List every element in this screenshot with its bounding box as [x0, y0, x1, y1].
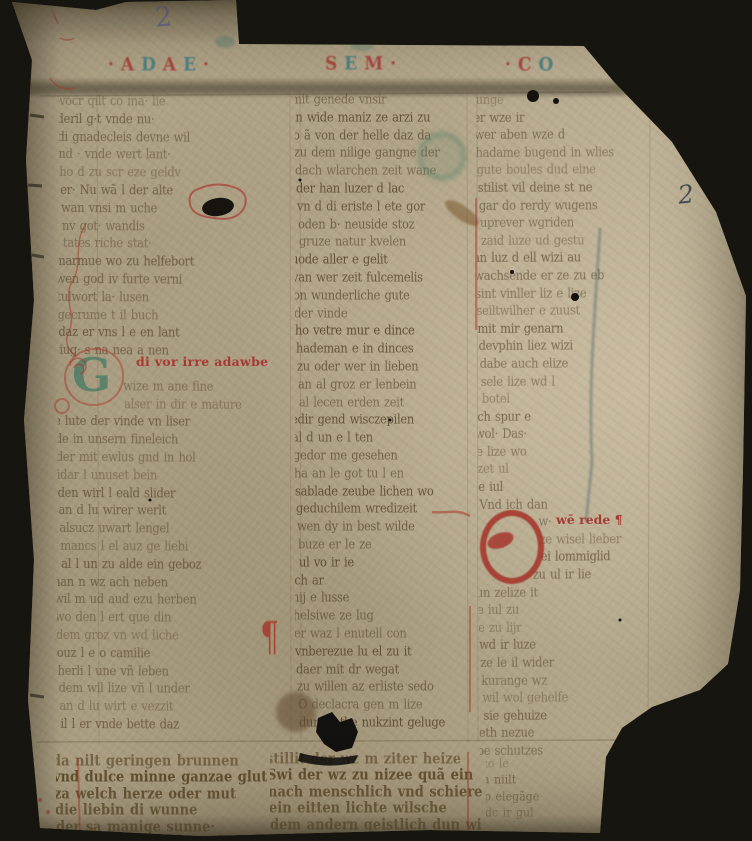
text-line: ha an le got tu l en — [295, 464, 467, 484]
text-line: vnberezue lu el zu it — [295, 642, 467, 662]
title-letter: O — [538, 54, 553, 76]
text-line: der sa manige sunne· — [56, 819, 274, 837]
manuscript-leaf: ·ADAE· SEM· ·CO 2 2 wocr qilt co ma· lie… — [0, 0, 752, 841]
title-letter: E — [183, 54, 196, 76]
bottom-text-right: stillit der wz m ziter heizeSwi der wz z… — [270, 751, 482, 837]
red-phrase: wē rede ¶ — [556, 512, 623, 527]
soiled-left-edge — [0, 0, 60, 841]
decorated-initial-G: G — [66, 350, 122, 404]
photograph-background: ·ADAE· SEM· ·CO 2 2 wocr qilt co ma· lie… — [0, 0, 752, 841]
text-line: on wunderliche gute — [295, 286, 467, 306]
paragraph-mark: ¶ — [260, 614, 279, 661]
text-line: a niilt — [486, 771, 606, 789]
text-line: an al groz er lenbein — [298, 375, 467, 395]
text-line: dc ir gul — [486, 804, 606, 822]
text-line: il l er vnde bette daz — [60, 714, 286, 735]
text-line: mit genede vnsir — [295, 90, 467, 110]
text-line: zu oder wer in lieben — [297, 357, 467, 377]
running-title-center: SEM· — [325, 54, 396, 74]
text-line: er waz l enutell con — [295, 624, 467, 644]
title-letter: M — [364, 53, 383, 75]
text-line: gedor me gesehen — [295, 446, 467, 466]
title-letter: A — [121, 54, 134, 76]
title-letter: · — [505, 54, 511, 76]
bottom-text-fragment: zo lea niiltp elegãgedc ir gul — [486, 755, 606, 835]
bottom-text-left: da nilt geringen brunnenvnd dulce minne … — [56, 753, 274, 837]
text-column-center: mit genede vnsirin wide maniz ze arzi zu… — [295, 90, 467, 740]
text-line: Swi der wz zu nizee quã ein — [270, 767, 482, 785]
rubric-text: di vor irre adawbe — [136, 354, 268, 369]
decorated-initial-O — [480, 510, 544, 584]
text-line: ein eitten lichte wilsche — [270, 800, 482, 818]
title-letter: A — [163, 54, 176, 76]
running-title-right: ·CO — [505, 55, 553, 75]
text-line: dem andern geistlich dun wilt — [270, 817, 482, 835]
title-letter: · — [390, 53, 396, 75]
text-line: van wer zeit fulcemelis — [295, 268, 467, 288]
title-letter: · — [203, 54, 209, 76]
text-line: in wide maniz ze arzi zu — [295, 108, 467, 128]
title-letter: D — [141, 54, 156, 76]
title-letter: S — [325, 53, 337, 75]
text-column-left: wocr qilt co ma· liederil g·t vnde nu·di… — [56, 91, 289, 740]
folio-number-right: 2 — [677, 179, 696, 210]
initial-letter: G — [72, 348, 111, 402]
text-line: ul vo ir ie — [299, 553, 467, 573]
text-line: vn d di eriste l ete gor — [297, 197, 467, 217]
text-line: die liebin di wunne — [56, 802, 274, 820]
text-line: vnd dulce minne ganzae glut — [56, 769, 274, 787]
text-line: buze er le ze — [298, 535, 467, 555]
text-line: der han luzer d lac — [296, 179, 467, 199]
title-letter: E — [344, 53, 357, 75]
text-line: dur blatke nukzint geluge — [299, 713, 467, 733]
running-title-left: ·ADAE· — [108, 55, 209, 75]
title-letter: · — [108, 54, 114, 76]
text-column-right: iungeer wze irwer aben wze dhadame bugen… — [476, 90, 650, 763]
title-letter: C — [518, 54, 532, 76]
